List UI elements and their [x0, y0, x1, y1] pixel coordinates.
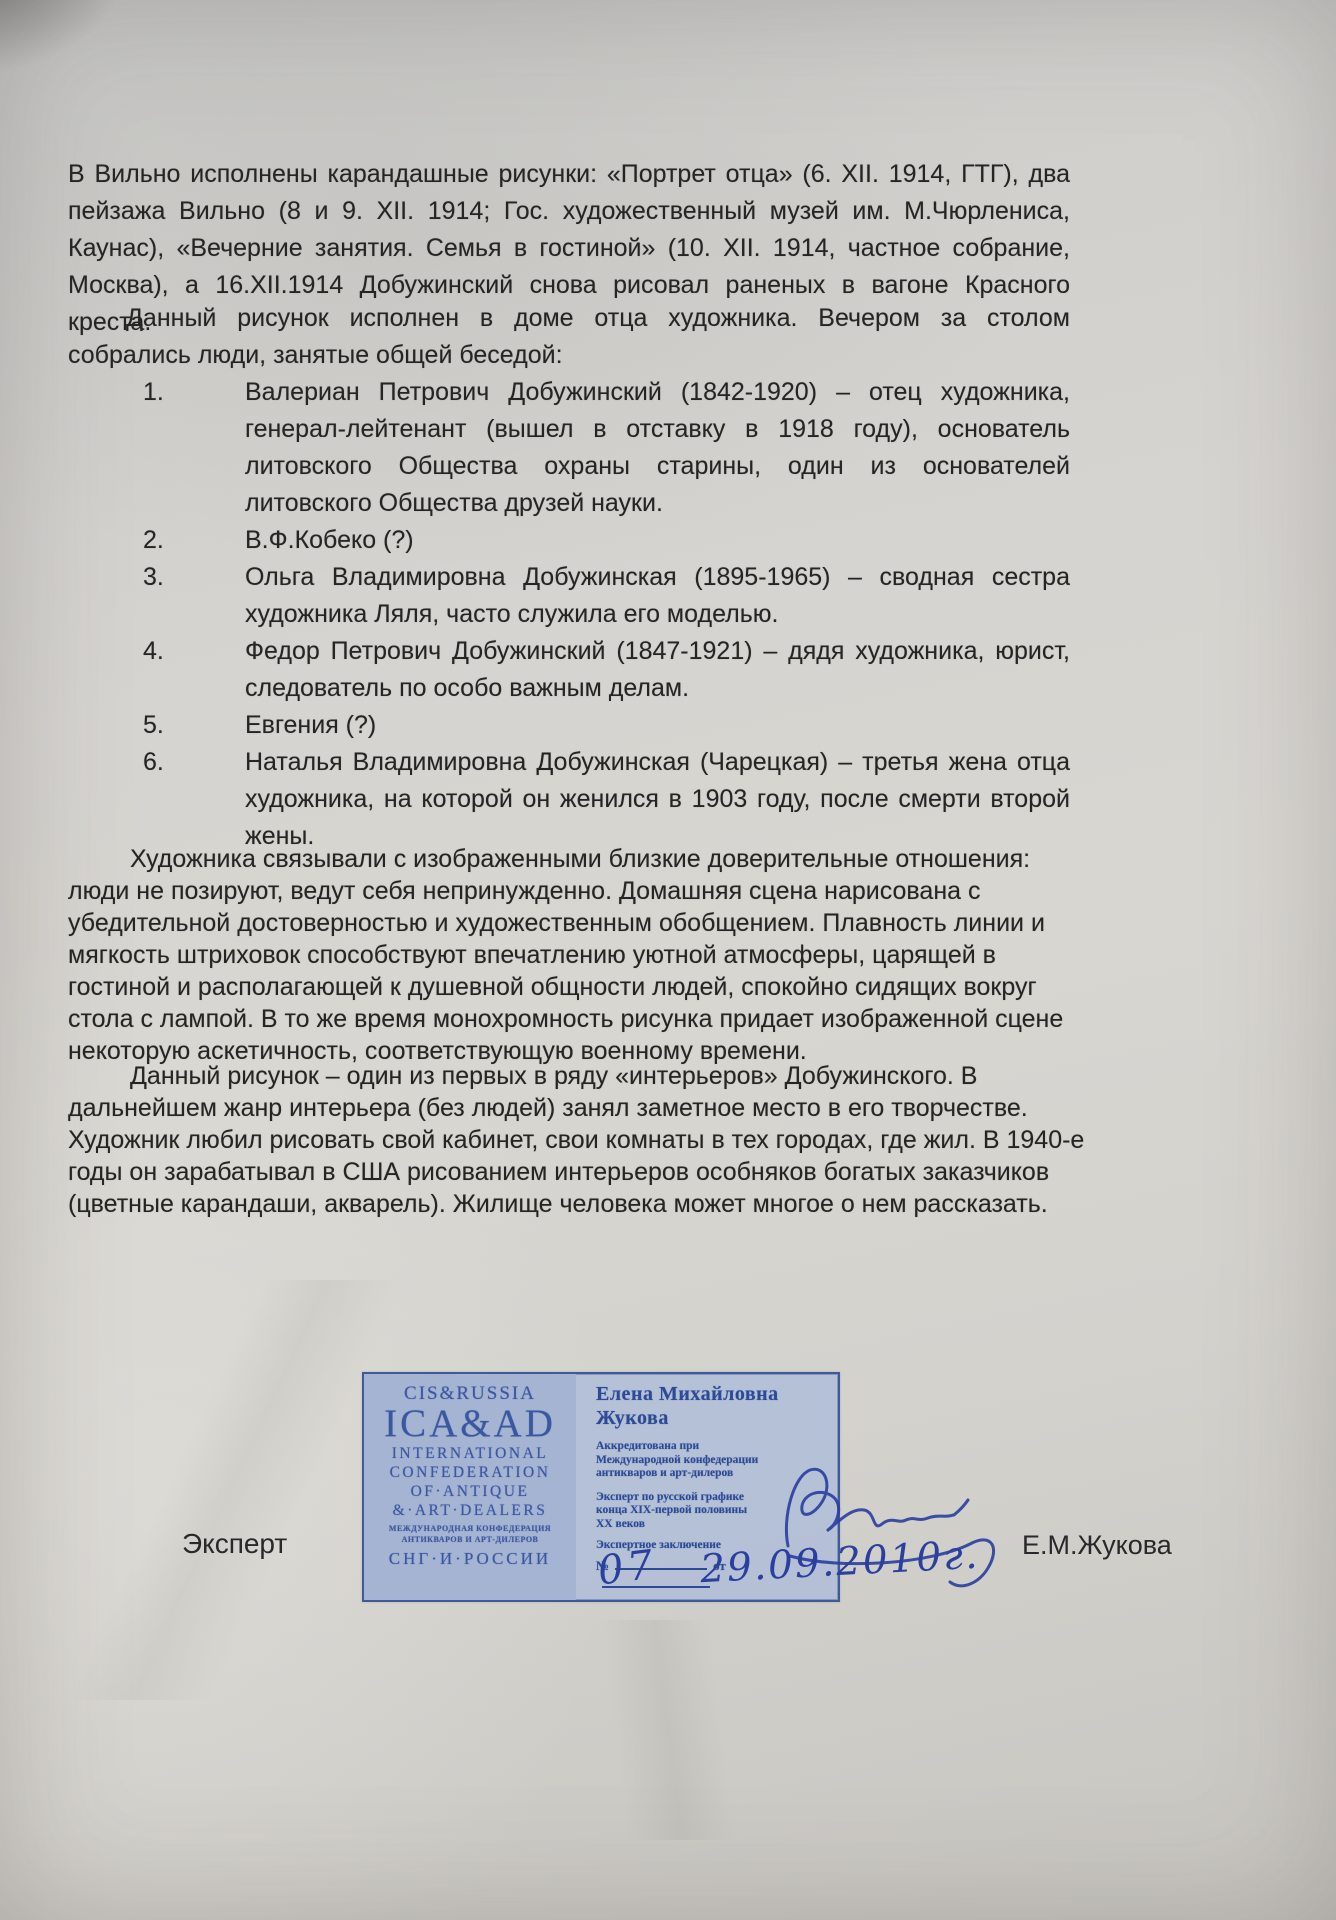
stamp-logo-line: ICA&AD	[384, 1404, 556, 1444]
stamp-logo-line: INTERNATIONAL	[392, 1444, 548, 1463]
stamp-logo-line: СНГ·И·РОССИИ	[389, 1548, 551, 1569]
stamp-logo-block: CIS&RUSSIA ICA&AD INTERNATIONAL CONFEDER…	[364, 1374, 576, 1600]
list-item-number: 2.	[143, 522, 203, 559]
list-item: 5.Евгения (?)	[245, 707, 1070, 744]
list-item-number: 6.	[143, 744, 203, 781]
stamp-logo-line: &·ART·DEALERS	[393, 1501, 548, 1520]
handwritten-number: 07	[595, 1542, 659, 1595]
list-item-text: Наталья Владимировна Добужинская (Чарецк…	[245, 748, 1070, 850]
stamp-accreditation-line: Аккредитована при	[596, 1440, 830, 1454]
photographed-document-page: В Вильно исполнены карандашные рисунки: …	[0, 0, 1336, 1920]
expert-name-printed: Е.М.Жукова	[1022, 1530, 1172, 1561]
list-item: 6.Наталья Владимировна Добужинская (Чаре…	[245, 744, 1070, 855]
list-item: 1.Валериан Петрович Добужинский (1842-19…	[245, 374, 1070, 522]
list-item: 4.Федор Петрович Добужинский (1847-1921)…	[245, 633, 1070, 707]
paragraph-interiors: Данный рисунок – один из первых в ряду «…	[68, 1060, 1088, 1220]
list-item-number: 3.	[143, 559, 203, 596]
stamp-logo-line: OF·ANTIQUE	[411, 1482, 530, 1501]
list-item-number: 1.	[143, 374, 203, 411]
list-item-number: 5.	[143, 707, 203, 744]
paragraph-analysis: Художника связывали с изображенными близ…	[68, 843, 1082, 1067]
stamp-logo-line: CIS&RUSSIA	[404, 1383, 536, 1404]
stamp-expert-name-line: Елена Михайловна	[596, 1382, 830, 1406]
handwritten-signature	[778, 1458, 1018, 1603]
list-item-text: Евгения (?)	[245, 711, 376, 739]
list-item: 3.Ольга Владимировна Добужинская (1895-1…	[245, 559, 1070, 633]
expert-role-label: Эксперт	[182, 1528, 287, 1560]
list-item: 2.В.Ф.Кобеко (?)	[245, 522, 1070, 559]
paragraph-drawing-intro: Данный рисунок исполнен в доме отца худо…	[68, 300, 1070, 374]
stamp-logo-line: АНТИКВАРОВ И АРТ-ДИЛЕРОВ	[402, 1535, 539, 1546]
list-item-text: Ольга Владимировна Добужинская (1895-196…	[245, 563, 1070, 628]
stamp-expert-name-line: Жукова	[596, 1406, 830, 1430]
stamp-logo-line: МЕЖДУНАРОДНАЯ КОНФЕДЕРАЦИЯ	[389, 1524, 551, 1535]
list-item-text: Валериан Петрович Добужинский (1842-1920…	[245, 378, 1070, 517]
list-item-text: Федор Петрович Добужинский (1847-1921) –…	[245, 637, 1070, 702]
stamp-logo-line: CONFEDERATION	[390, 1463, 551, 1482]
list-item-number: 4.	[143, 633, 203, 670]
persons-numbered-list: 1.Валериан Петрович Добужинский (1842-19…	[68, 374, 1070, 855]
list-item-text: В.Ф.Кобеко (?)	[245, 526, 414, 554]
